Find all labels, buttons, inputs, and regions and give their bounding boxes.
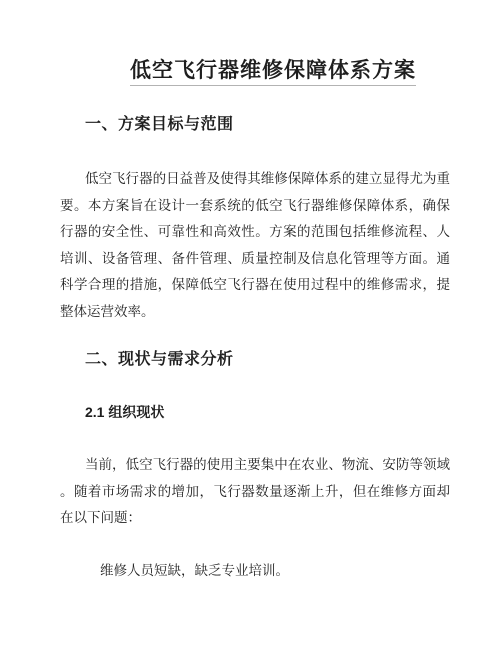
paragraph-line: 。随着市场需求的增加，飞行器数量逐渐上升，但在维修方面却存	[60, 479, 450, 506]
document-title: 低空飞行器维修保障体系方案	[60, 56, 450, 86]
paragraph-line: 当前，低空飞行器的使用主要集中在农业、物流、安防等领域	[60, 452, 450, 479]
document-page: 低空飞行器维修保障体系方案 一、方案目标与范围 低空飞行器的日益普及使得其维修保…	[0, 0, 500, 647]
section-2-1-subheading: 2.1 组织现状	[60, 402, 450, 422]
section-2-paragraph: 当前，低空飞行器的使用主要集中在农业、物流、安防等领域 。随着市场需求的增加，飞…	[60, 452, 450, 532]
paragraph-line: 行器的安全性、可靠性和高效性。方案的范围包括维修流程、人员	[60, 219, 450, 246]
paragraph-line: 要。本方案旨在设计一套系统的低空飞行器维修保障体系，确保飞	[60, 193, 450, 220]
document-title-text: 低空飞行器维修保障体系方案	[130, 59, 416, 86]
list-item: 维修人员短缺，缺乏专业培训。	[60, 558, 450, 584]
paragraph-line: 整体运营效率。	[60, 299, 450, 326]
paragraph-line: 科学合理的措施，保障低空飞行器在使用过程中的维修需求，提高	[60, 272, 450, 299]
section-1-heading: 一、方案目标与范围	[60, 114, 450, 136]
paragraph-line: 低空飞行器的日益普及使得其维修保障体系的建立显得尤为重	[60, 166, 450, 193]
paragraph-line: 在以下问题：	[60, 505, 450, 532]
document-content: 低空飞行器维修保障体系方案 一、方案目标与范围 低空飞行器的日益普及使得其维修保…	[0, 0, 500, 584]
section-1-paragraph: 低空飞行器的日益普及使得其维修保障体系的建立显得尤为重 要。本方案旨在设计一套系…	[60, 166, 450, 325]
paragraph-line: 培训、设备管理、备件管理、质量控制及信息化管理等方面。通过	[60, 246, 450, 273]
section-2-heading: 二、现状与需求分析	[60, 349, 450, 371]
